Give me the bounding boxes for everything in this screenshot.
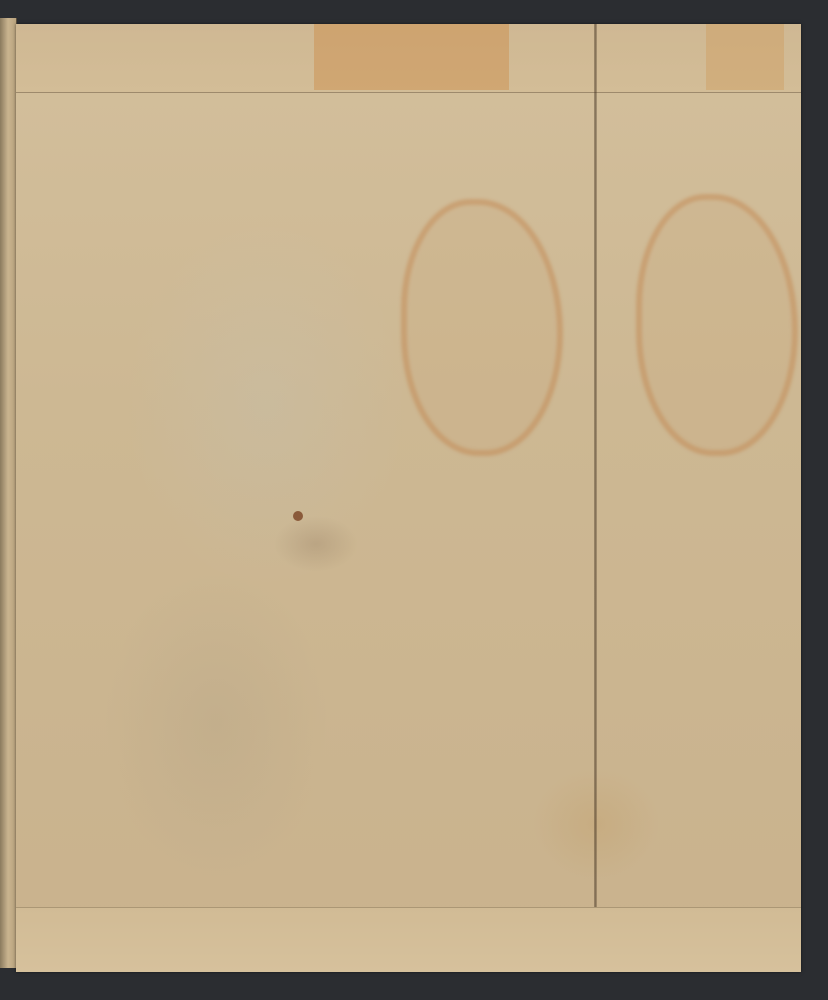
tape-strip bbox=[314, 24, 509, 90]
manuscript-page bbox=[16, 24, 801, 972]
ink-spot bbox=[293, 511, 303, 521]
bottom-margin-band bbox=[16, 907, 801, 972]
page-fold-line bbox=[594, 24, 597, 972]
water-stain bbox=[401, 199, 563, 456]
top-margin-band bbox=[16, 24, 801, 93]
adjacent-page-edge bbox=[0, 18, 17, 968]
tape-strip bbox=[706, 24, 784, 90]
water-stain bbox=[636, 194, 798, 456]
